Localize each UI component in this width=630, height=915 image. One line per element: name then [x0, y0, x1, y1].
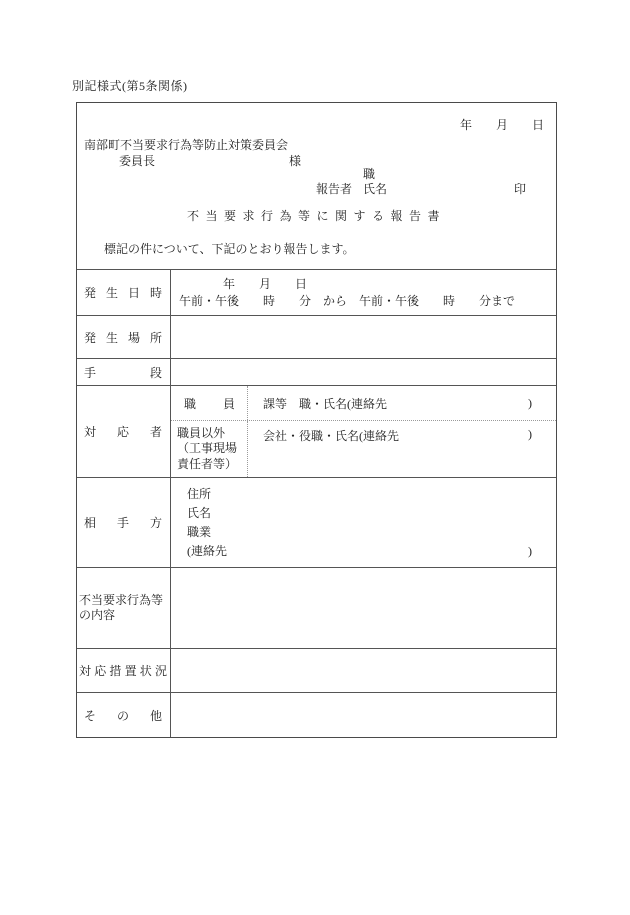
non-staff-value-cell: 会社・役職・氏名(連絡先 ): [248, 421, 556, 477]
other-party-contact-line: (連絡先 ): [187, 542, 532, 561]
staff-close-paren: ): [528, 396, 532, 411]
reporter-line: 報告者氏名印: [316, 180, 526, 197]
response-measures-value-cell: [171, 649, 556, 692]
report-form-box: 年 月 日 南部町不当要求行為等防止対策委員会 委員長様 職 報告者氏名印 不当…: [76, 102, 557, 738]
row-occurrence-place: 発生場所: [77, 316, 556, 359]
document-page: 別記様式(第5条関係) 年 月 日 南部町不当要求行為等防止対策委員会 委員長様…: [0, 0, 630, 915]
means-value-cell: [171, 359, 556, 385]
other-party-close-paren: ): [528, 542, 532, 561]
non-staff-close-paren: ): [528, 427, 532, 442]
other-party-label: 相手方: [84, 514, 162, 531]
chairman-label: 委員長: [119, 154, 155, 168]
other-label-cell: その他: [77, 693, 171, 737]
occurrence-place-label-cell: 発生場所: [77, 316, 171, 358]
response-measures-label: 対応措置状況: [79, 662, 167, 679]
staff-field-text: 課等 職・氏名(連絡先: [263, 395, 387, 412]
means-label: 手段: [84, 364, 162, 381]
act-details-label-cell: 不当要求行為等 の内容: [77, 568, 171, 648]
non-staff-label-cell: 職員以外 （工事現場 責任者等）: [171, 421, 248, 477]
row-other-party: 相手方 住所 氏名 職業 (連絡先 ): [77, 478, 556, 568]
subrow-non-staff: 職員以外 （工事現場 責任者等） 会社・役職・氏名(連絡先 ): [171, 420, 556, 477]
staff-label-cell: 職員: [171, 386, 248, 420]
datetime-time-line: 午前・午後 時 分 から 午前・午後 時 分まで: [179, 293, 556, 310]
response-measures-label-cell: 対応措置状況: [77, 649, 171, 692]
staff-label: 職員: [184, 395, 235, 412]
row-responder: 対応者 職員 課等 職・氏名(連絡先 ) 職員以外 （工事現場 責任者等）: [77, 386, 556, 478]
row-means: 手段: [77, 359, 556, 386]
date-line: 年 月 日: [460, 116, 544, 133]
honorific-label: 様: [289, 154, 301, 168]
occurrence-datetime-label: 発生日時: [84, 284, 162, 301]
responder-subrows: 職員 課等 職・氏名(連絡先 ) 職員以外 （工事現場 責任者等） 会社・役職・…: [171, 386, 556, 477]
staff-value-cell: 課等 職・氏名(連絡先 ): [248, 386, 556, 420]
committee-name: 南部町不当要求行為等防止対策委員会: [84, 136, 288, 153]
occurrence-datetime-label-cell: 発生日時: [77, 270, 171, 315]
act-details-label: 不当要求行為等 の内容: [79, 593, 167, 623]
row-act-details: 不当要求行為等 の内容: [77, 568, 556, 649]
other-party-contact-label: (連絡先: [187, 542, 227, 561]
responder-label-cell: 対応者: [77, 386, 171, 477]
other-label: その他: [84, 707, 162, 724]
other-party-value-cell: 住所 氏名 職業 (連絡先 ): [171, 478, 556, 567]
means-label-cell: 手段: [77, 359, 171, 385]
form-style-label: 別記様式(第5条関係): [72, 77, 188, 94]
reporter-label: 報告者: [316, 182, 352, 196]
act-details-value-cell: [171, 568, 556, 648]
non-staff-field-text: 会社・役職・氏名(連絡先: [263, 427, 399, 444]
occurrence-place-label: 発生場所: [84, 329, 162, 346]
row-other: その他: [77, 693, 556, 737]
other-value-cell: [171, 693, 556, 737]
non-staff-label: 職員以外 （工事現場 責任者等）: [177, 426, 243, 473]
subrow-staff: 職員 課等 職・氏名(連絡先 ): [171, 386, 556, 420]
datetime-date-line: 年 月 日: [179, 276, 556, 293]
document-title: 不当要求行為等に関する報告書: [77, 207, 556, 224]
form-header: 年 月 日 南部町不当要求行為等防止対策委員会 委員長様 職 報告者氏名印 不当…: [77, 103, 556, 270]
addressee-line: 委員長様: [119, 152, 301, 169]
occurrence-datetime-value-cell: 年 月 日 午前・午後 時 分 から 午前・午後 時 分まで: [171, 270, 556, 315]
intro-sentence: 標記の件について、下記のとおり報告します。: [104, 240, 355, 257]
seal-label: 印: [514, 182, 526, 196]
other-party-field-lines: 住所 氏名 職業: [187, 485, 532, 542]
responder-label: 対応者: [84, 423, 162, 440]
occurrence-place-value-cell: [171, 316, 556, 358]
row-occurrence-datetime: 発生日時 年 月 日 午前・午後 時 分 から 午前・午後 時 分まで: [77, 270, 556, 316]
row-response-measures: 対応措置状況: [77, 649, 556, 693]
name-label: 氏名: [363, 182, 387, 196]
other-party-label-cell: 相手方: [77, 478, 171, 567]
